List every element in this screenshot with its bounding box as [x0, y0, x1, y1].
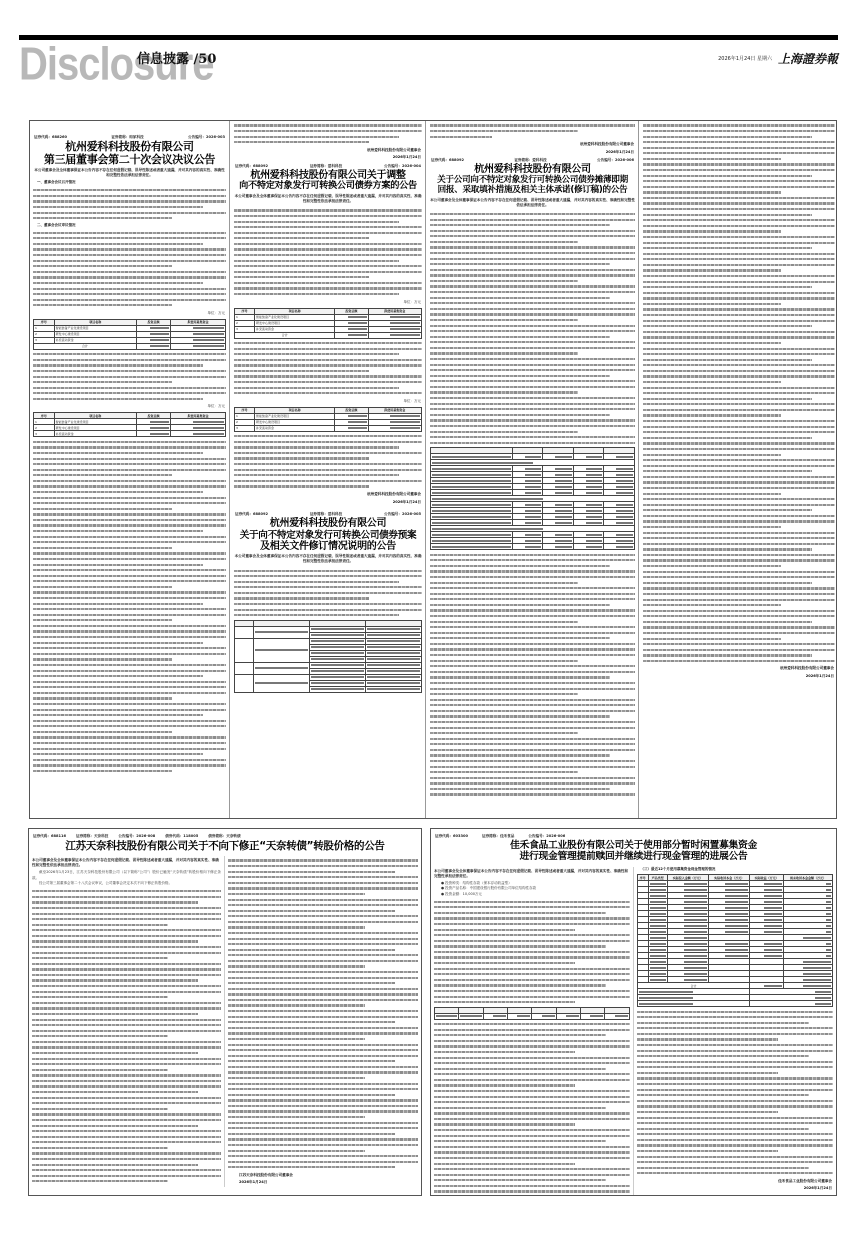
- body-text: [640, 124, 837, 662]
- stock-code: 证券代码：688092: [235, 512, 268, 517]
- announcement-title-line: 回报、采取填补措施及相关主体承诺(修订稿)的公告: [427, 186, 638, 196]
- notice-number: 公告编号：2026-005: [384, 512, 421, 517]
- investment-table: 序号 项目名称 投资总额 拟使用募集资金 1智能装备产业化建设项目 2研发中心建…: [33, 319, 226, 350]
- stock-short: 证券简称：天奈科技: [76, 834, 108, 839]
- announcement-title-line: 江苏天奈科技股份有限公司关于不向下修正“天奈转债”转股价格的公告: [29, 840, 421, 852]
- stock-code: 证券代码：688092: [431, 158, 464, 163]
- body-text: [231, 209, 425, 295]
- stock-code: 证券代码：688116: [33, 834, 66, 839]
- announcement-title-line: 进行现金管理提前赎回并继续进行现金管理的进展公告: [431, 851, 836, 862]
- revision-table: [234, 620, 422, 693]
- signature-company: 杭州爱科科技股份有限公司董事会: [427, 141, 638, 149]
- unit-label: 单位：万元: [30, 310, 229, 317]
- column-2: 杭州爱科科技股份有限公司董事会 2026年1月24日 证券代码：688092 证…: [231, 121, 426, 819]
- body-text: [634, 1011, 837, 1175]
- project-table-2: 序号项目名称投资总额拟使用募集资金 1智能装备产业化建设项目 2研发中心建设项目…: [234, 407, 422, 432]
- eps-table: [430, 447, 635, 550]
- notice-number: 公告编号：2026-006: [597, 158, 634, 163]
- signature-company: 江苏天奈科技股份有限公司董事会: [225, 1172, 421, 1180]
- announcement-lede: 本公司董事会及全体董事保证本公告内容不存在任何虚假记载、误导性陈述或者重大遗漏，…: [231, 192, 425, 206]
- table-caption: （三）最近12个月使用募集资金现金管理的情况: [634, 867, 837, 873]
- announcement-meta: 证券代码：688092 证券简称：爱科科技 公告编号：2026-005: [231, 510, 425, 518]
- stock-code: 证券代码：688260: [34, 135, 67, 140]
- project-table: 序号项目名称投资总额拟使用募集资金 1智能装备产业化建设项目 2研发中心建设项目…: [234, 308, 422, 339]
- bullet-item: 经公司第三届董事会第二十八次会议审议，公司董事会决定本次不向下修正转股价格。: [29, 881, 224, 887]
- announcement-1: 证券代码：688260 证券简称：昀冢科技 公告编号：2026-003 杭州爱科…: [30, 121, 230, 819]
- announcement-meta: 证券代码：688092 证券简称：爱科科技 公告编号：2026-004: [231, 162, 425, 170]
- announcement-title-line: 及相关文件修订情况说明的公告: [231, 541, 425, 553]
- announcement-lede: 本公司董事会及全体董事保证本公告内容不存在任何虚假记载、误导性陈述或者重大遗漏，…: [30, 166, 229, 180]
- announcement-lede: 本公司董事会及全体董事保证本公告内容不存在任何虚假记载、误导性陈述或者重大遗漏，…: [29, 856, 224, 870]
- body-text: [225, 859, 421, 1168]
- signature-company: 佳禾食品工业股份有限公司董事会: [634, 1178, 837, 1186]
- signature-date: 2026年1月24日: [640, 673, 837, 681]
- notice-number: 公告编号：2026-008: [118, 834, 155, 839]
- stock-code: 证券代码：603300: [435, 834, 468, 839]
- notice-number: 公告编号：2026-004: [384, 164, 421, 169]
- announcement-2: 证券代码：688092 证券简称：爱科科技 公告编号：2026-004 杭州爱科…: [231, 162, 425, 506]
- announcement-3: 证券代码：688092 证券简称：爱科科技 公告编号：2026-005 杭州爱科…: [231, 510, 425, 693]
- unit-label: 单位：万元: [30, 403, 229, 410]
- body-text: [231, 124, 425, 143]
- body-text: [427, 124, 638, 137]
- bond-code: 债券代码：118005: [165, 834, 198, 839]
- announcement-4: 杭州爱科科技股份有限公司董事会 2026年1月24日 证券代码：688092 证…: [427, 121, 639, 819]
- signature-date: 2026年1月24日: [231, 499, 425, 507]
- announcement-title-line: 关于向不特定对象发行可转换公司债券预案: [231, 530, 425, 541]
- announcement-5: 证券代码：688116 证券简称：天奈科技 公告编号：2026-008 债券代码…: [28, 828, 422, 1196]
- announcement-6: 证券代码：603300 证券简称：佳禾食品 公告编号：2026-006 佳禾食品…: [430, 828, 837, 1196]
- body-text: [427, 554, 638, 796]
- announcement-lede: 本公司董事会及全体董事保证本公告内容不存在任何虚假记载、误导性陈述或者重大遗漏，…: [427, 196, 638, 210]
- unit-label: 单位：万元: [231, 398, 425, 405]
- announcement-lede: 本公司董事会及全体董事保证本公告内容不存在任何虚假记载、误导性陈述或者重大遗漏，…: [431, 867, 633, 881]
- announcement-title-line: 杭州爱科科技股份有限公司: [231, 518, 425, 530]
- bullet-item: ● 投资金额：10,000万元: [431, 892, 633, 898]
- signature-company: 杭州爱科科技股份有限公司董事会: [231, 147, 425, 155]
- body-text: [231, 435, 425, 487]
- stock-short: 证券简称：爱科科技: [310, 164, 342, 169]
- body-text: [30, 441, 229, 772]
- announcement-meta: 证券代码：603300 证券简称：佳禾食品 公告编号：2026-006: [431, 832, 836, 840]
- signature-company: 杭州爱科科技股份有限公司董事会: [231, 491, 425, 499]
- signature-date: 2026年1月24日: [231, 154, 425, 162]
- section-heading: 一、董事会会议召开情况: [30, 180, 229, 186]
- body-text: [427, 213, 638, 444]
- cash-management-table: 序号 产品类型 实际投入金额（万元） 实际收回本金（万元） 实际收益（万元） 尚…: [637, 874, 834, 1007]
- announcement-lede: 本公司董事会及全体董事保证本公告内容不存在任何虚假记载、误导性陈述或者重大遗漏，…: [231, 552, 425, 566]
- announcement-title-line: 杭州爱科科技股份有限公司: [30, 141, 229, 154]
- stock-short: 证券简称：爱科科技: [310, 512, 342, 517]
- announcement-title-line: 佳禾食品工业股份有限公司关于使用部分暂时闲置募集资金: [431, 840, 836, 851]
- body-text: [30, 232, 229, 307]
- body-text: [431, 901, 633, 1004]
- signature-date: 2026年1月24日: [427, 149, 638, 157]
- masthead: Disclosure 信息披露 /50 2026年1月24日 星期六 上海證券報: [19, 42, 838, 82]
- body-text: [29, 890, 224, 1182]
- section-heading: 二、董事会会议审议情况: [30, 223, 229, 229]
- announcement-title-line: 向不特定对象发行可转换公司债券方案的公告: [231, 181, 425, 192]
- announcement-4-continued: 杭州爱科科技股份有限公司董事会 2026年1月24日: [640, 121, 837, 819]
- unit-label: 单位：万元: [231, 299, 425, 306]
- top-announcements-box: 证券代码：688260 证券简称：昀冢科技 公告编号：2026-003 杭州爱科…: [29, 120, 837, 819]
- body-text: [431, 1023, 633, 1196]
- body-text: [30, 353, 229, 400]
- signature-company: 杭州爱科科技股份有限公司董事会: [640, 665, 837, 673]
- notice-number: 公告编号：2026-006: [528, 834, 565, 839]
- announcement-title-line: 第三届董事会第二十次会议决议公告: [30, 154, 229, 167]
- table-total-row: 合计: [34, 343, 226, 349]
- announcement-meta: 证券代码：688116 证券简称：天奈科技 公告编号：2026-008 债券代码…: [29, 832, 421, 840]
- masthead-right: 2026年1月24日 星期六 上海證券報: [718, 50, 838, 67]
- bond-short: 债券简称：天奈转债: [208, 834, 240, 839]
- body-text: [30, 189, 229, 219]
- stock-short: 证券简称：佳禾食品: [482, 834, 514, 839]
- stock-code: 证券代码：688092: [235, 164, 268, 169]
- bullet-item: 截至2026年1月23日，江苏天奈科技股份有限公司（以下简称“公司”）股价已触发…: [29, 870, 224, 881]
- stock-short: 证券简称：爱科科技: [514, 158, 546, 163]
- issue-date: 2026年1月24日 星期六: [718, 55, 772, 62]
- signature-date: 2026年1月24日: [634, 1185, 837, 1193]
- body-text: [231, 342, 425, 394]
- signature-date: 2026年1月24日: [225, 1179, 421, 1187]
- section-title: 信息披露 /50: [137, 48, 216, 67]
- paper-logo: 上海證券報: [778, 50, 838, 67]
- investment-table-2: 序号项目名称投资总额拟使用募集资金 1智能装备产业化建设项目 2研发中心建设项目…: [33, 412, 226, 437]
- body-text: [231, 570, 425, 617]
- product-table: [434, 1007, 630, 1020]
